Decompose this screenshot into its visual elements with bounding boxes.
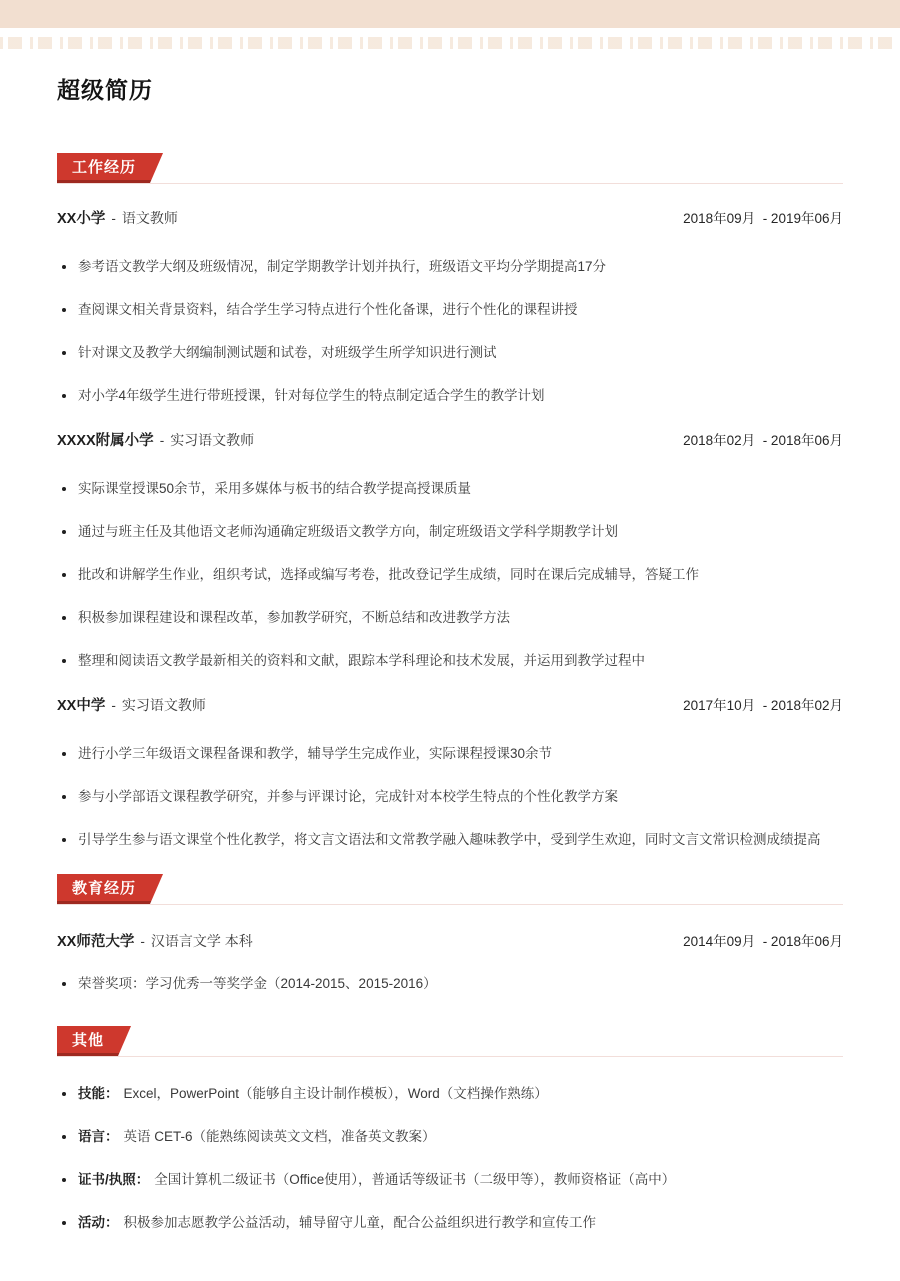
- item-label: 证书/执照：: [78, 1172, 149, 1187]
- job-role: 实习语文教师: [170, 432, 254, 448]
- job-bullet-list: 实际课堂授课50余节，采用多媒体与板书的结合教学提高授课质量 通过与班主任及其他…: [57, 479, 843, 671]
- major-degree: 汉语言文学 本科: [151, 933, 253, 949]
- item-text: Excel，PowerPoint（能够自主设计制作模板），Word（文档操作熟练…: [124, 1086, 548, 1101]
- item-text: 积极参加志愿教学公益活动，辅导留守儿童，配合公益组织进行教学和宣传工作: [124, 1215, 597, 1230]
- job-header: XXXX附属小学-实习语文教师 2018年02月 - 2018年06月: [57, 430, 843, 451]
- section-header-other: 其他: [57, 1026, 843, 1057]
- job-title-line: XXXX附属小学-实习语文教师: [57, 430, 254, 451]
- job-title-line: XX小学-语文教师: [57, 208, 178, 229]
- bullet-item: 荣誉奖项：学习优秀一等奖学金（2014-2015、2015-2016）: [57, 974, 843, 994]
- job-org: XX小学: [57, 211, 105, 227]
- education-dates: 2014年09月 - 2018年06月: [683, 932, 843, 952]
- item-text: 英语 CET-6（能熟练阅读英文文档，准备英文教案）: [124, 1129, 436, 1144]
- bullet-item: 引导学生参与语文课堂个性化教学，将文言文语法和文常教学融入趣味教学中，受到学生欢…: [57, 830, 843, 850]
- page-title: 超级简历: [57, 75, 843, 105]
- bullet-item: 查阅课文相关背景资料，结合学生学习特点进行个性化备课，进行个性化的课程讲授: [57, 300, 843, 320]
- section-header-education: 教育经历: [57, 874, 843, 905]
- bullet-item: 针对课文及教学大纲编制测试题和试卷，对班级学生所学知识进行测试: [57, 343, 843, 363]
- job-entry-3: XX中学-实习语文教师 2017年10月 - 2018年02月 进行小学三年级语…: [57, 695, 843, 850]
- other-item-certificates: 证书/执照：全国计算机二级证书（Office使用），普通话等级证书（二级甲等），…: [57, 1170, 843, 1190]
- org-role-separator: -: [111, 211, 116, 226]
- section-banner-education: 教育经历: [57, 874, 163, 904]
- school-name: XX师范大学: [57, 934, 134, 950]
- bullet-item: 对小学4年级学生进行带班授课，针对每位学生的特点制定适合学生的教学计划: [57, 386, 843, 406]
- job-bullet-list: 参考语文教学大纲及班级情况，制定学期教学计划并执行，班级语文平均分学期提高17分…: [57, 257, 843, 406]
- bullet-item: 进行小学三年级语文课程备课和教学，辅导学生完成作业，实际课程授课30余节: [57, 744, 843, 764]
- job-dates: 2018年02月 - 2018年06月: [683, 431, 843, 451]
- bullet-item: 批改和讲解学生作业，组织考试，选择或编写考卷，批改登记学生成绩，同时在课后完成辅…: [57, 565, 843, 585]
- education-bullet-list: 荣誉奖项：学习优秀一等奖学金（2014-2015、2015-2016）: [57, 974, 843, 994]
- job-entry-1: XX小学-语文教师 2018年09月 - 2019年06月 参考语文教学大纲及班…: [57, 208, 843, 406]
- job-header: XX中学-实习语文教师 2017年10月 - 2018年02月: [57, 695, 843, 716]
- job-org: XXXX附属小学: [57, 433, 154, 449]
- org-role-separator: -: [160, 433, 165, 448]
- job-role: 语文教师: [122, 210, 178, 226]
- item-label: 活动：: [78, 1215, 119, 1230]
- bullet-item: 参考语文教学大纲及班级情况，制定学期教学计划并执行，班级语文平均分学期提高17分: [57, 257, 843, 277]
- item-label: 技能：: [78, 1086, 119, 1101]
- bullet-item: 积极参加课程建设和课程改革，参加教学研究，不断总结和改进教学方法: [57, 608, 843, 628]
- org-role-separator: -: [140, 934, 145, 949]
- section-banner-work: 工作经历: [57, 153, 163, 183]
- job-role: 实习语文教师: [122, 697, 206, 713]
- section-banner-other: 其他: [57, 1026, 131, 1056]
- other-item-activities: 活动：积极参加志愿教学公益活动，辅导留守儿童，配合公益组织进行教学和宣传工作: [57, 1213, 843, 1233]
- education-title-line: XX师范大学-汉语言文学 本科: [57, 931, 253, 952]
- education-header: XX师范大学-汉语言文学 本科 2014年09月 - 2018年06月: [57, 931, 843, 952]
- job-header: XX小学-语文教师 2018年09月 - 2019年06月: [57, 208, 843, 229]
- job-org: XX中学: [57, 698, 105, 714]
- top-band: [0, 0, 900, 28]
- other-list: 技能：Excel，PowerPoint（能够自主设计制作模板），Word（文档操…: [57, 1084, 843, 1233]
- org-role-separator: -: [111, 698, 116, 713]
- job-dates: 2018年09月 - 2019年06月: [683, 209, 843, 229]
- education-entry: XX师范大学-汉语言文学 本科 2014年09月 - 2018年06月 荣誉奖项…: [57, 931, 843, 994]
- bullet-item: 整理和阅读语文教学最新相关的资料和文献，跟踪本学科理论和技术发展，并运用到教学过…: [57, 651, 843, 671]
- item-label: 语言：: [78, 1129, 119, 1144]
- resume-page: 超级简历 工作经历 XX小学-语文教师 2018年09月 - 2019年06月 …: [0, 75, 900, 1233]
- job-bullet-list: 进行小学三年级语文课程备课和教学，辅导学生完成作业，实际课程授课30余节 参与小…: [57, 744, 843, 850]
- job-dates: 2017年10月 - 2018年02月: [683, 696, 843, 716]
- other-item-skills: 技能：Excel，PowerPoint（能够自主设计制作模板），Word（文档操…: [57, 1084, 843, 1104]
- other-item-language: 语言：英语 CET-6（能熟练阅读英文文档，准备英文教案）: [57, 1127, 843, 1147]
- bullet-item: 通过与班主任及其他语文老师沟通确定班级语文教学方向，制定班级语文学科学期教学计划: [57, 522, 843, 542]
- bullet-item: 参与小学部语文课程教学研究，并参与评课讨论，完成针对本校学生特点的个性化教学方案: [57, 787, 843, 807]
- decorative-pattern-strip: [0, 37, 900, 49]
- section-header-work: 工作经历: [57, 153, 843, 184]
- bullet-item: 实际课堂授课50余节，采用多媒体与板书的结合教学提高授课质量: [57, 479, 843, 499]
- item-text: 全国计算机二级证书（Office使用），普通话等级证书（二级甲等），教师资格证（…: [154, 1172, 675, 1187]
- job-title-line: XX中学-实习语文教师: [57, 695, 206, 716]
- job-entry-2: XXXX附属小学-实习语文教师 2018年02月 - 2018年06月 实际课堂…: [57, 430, 843, 671]
